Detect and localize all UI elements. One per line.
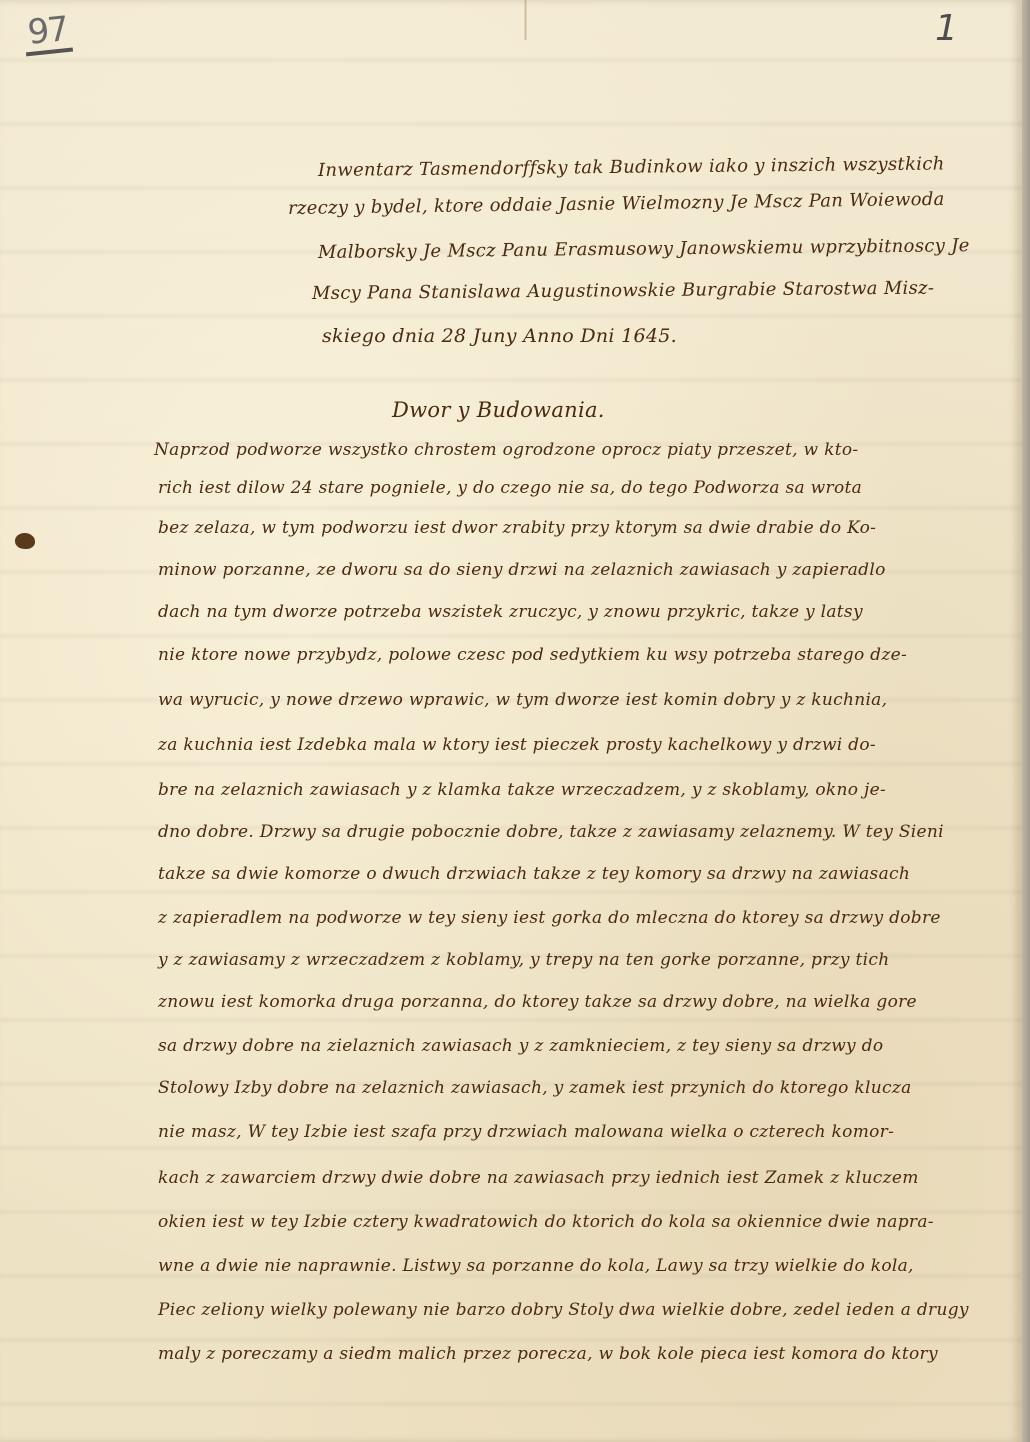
body-line-6: nie ktore nowe przybydz, polowe czesc po… [158, 645, 907, 665]
manuscript-page: 97 1 Inwentarz Tasmendorffsky tak Budink… [0, 0, 1022, 1442]
body-line-22: maly z poreczamy a siedm malich przez po… [158, 1344, 938, 1364]
scanner-background-edge [1022, 0, 1030, 1442]
body-line-16: Stolowy Izby dobre na zelaznich zawiasac… [158, 1078, 912, 1098]
body-line-5: dach na tym dworze potrzeba wszistek zru… [158, 602, 863, 622]
body-line-10: dno dobre. Drzwy sa drugie pobocznie dob… [158, 822, 944, 842]
body-line-3: bez zelaza, w tym podworzu iest dwor zra… [158, 518, 876, 538]
ink-blot-mark [15, 533, 35, 549]
body-line-11: takze sa dwie komorze o dwuch drzwiach t… [158, 864, 910, 884]
body-line-15: sa drzwy dobre na zielaznich zawiasach y… [158, 1036, 883, 1056]
body-line-12: z zapieradlem na podworze w tey sieny ie… [158, 908, 941, 928]
heading-line-3: Malborsky Je Mscz Panu Erasmusowy Janows… [318, 235, 970, 263]
body-line-7: wa wyrucic, y nowe drzewo wprawic, w tym… [158, 690, 887, 710]
body-line-14: znowu iest komorka druga porzanna, do kt… [158, 992, 917, 1012]
ink-folio-number: 1 [935, 8, 958, 49]
body-line-17: nie masz, W tey Izbie iest szafa przy dr… [158, 1122, 894, 1142]
body-line-13: y z zawiasamy z wrzeczadzem z koblamy, y… [158, 950, 889, 970]
heading-line-2: rzeczy y bydel, ktore oddaie Jasnie Wiel… [288, 189, 945, 219]
body-line-1: Naprzod podworze wszystko chrostem ogrod… [154, 440, 858, 460]
body-line-4: minow porzanne, ze dworu sa do sieny drz… [158, 560, 886, 580]
body-line-8: za kuchnia iest Izdebka mala w ktory ies… [158, 735, 876, 755]
body-line-9: bre na zelaznich zawiasach y z klamka ta… [158, 780, 886, 800]
body-line-19: okien iest w tey Izbie cztery kwadratowi… [158, 1212, 934, 1232]
body-line-2: rich iest dilow 24 stare pogniele, y do … [158, 478, 862, 498]
pencil-folio-number: 97 [22, 10, 73, 57]
paper-fold-mark [524, 0, 527, 40]
heading-line-1: Inwentarz Tasmendorffsky tak Budinkow ia… [318, 153, 945, 181]
body-line-20: wne a dwie nie naprawnie. Listwy sa porz… [158, 1256, 914, 1276]
heading-line-5: skiego dnia 28 Juny Anno Dni 1645. [322, 325, 677, 347]
body-line-18: kach z zawarciem drzwy dwie dobre na zaw… [158, 1168, 919, 1188]
heading-line-4: Mscy Pana Stanislawa Augustinowskie Burg… [312, 278, 934, 304]
body-line-21: Piec zeliony wielky polewany nie barzo d… [158, 1300, 969, 1320]
section-title: Dwor y Budowania. [392, 398, 605, 422]
